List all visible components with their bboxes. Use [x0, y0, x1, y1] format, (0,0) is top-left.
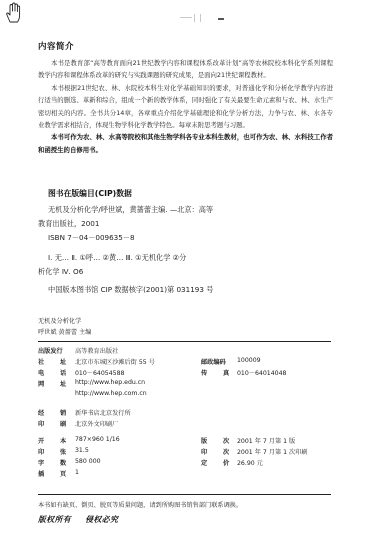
divider — [38, 341, 331, 342]
value: 010－64014048 — [237, 368, 287, 377]
label: 传 — [201, 368, 207, 377]
label: 销 — [60, 408, 66, 417]
colophon-row-printer: 印 刷 北京外文印刷厂 — [38, 419, 333, 429]
summary-paragraph: 本书可作为农、林、水高等院校和其他生物学科各专业本科生教材，也可作为农、林、水科… — [38, 131, 333, 156]
label: 印 — [38, 419, 44, 428]
value: 北京市东城区沙滩后街 55 号 — [75, 357, 155, 366]
colophon-row-address: 社 址 北京市东城区沙滩后街 55 号 邮政编码 100009 — [38, 357, 333, 367]
label: 张 — [60, 447, 66, 456]
colophon-row-phone: 电 话 010－64054588 传 真 010－64014048 — [38, 368, 333, 378]
summary-body: 本书是教育部“高等教育面向21世纪教学内容和课程体系改革计划”高等农林院校本科化… — [38, 57, 333, 156]
colophon-row-plates: 插 页 1 — [38, 469, 333, 479]
cip-block: 无机及分析化学/呼世斌，黄蔷蕾主编. —北京：高等 教育出版社，2001 ISB… — [38, 203, 258, 279]
quality-notice: 本书如有缺页、倒页、脱页等质量问题，请到所购图书销售部门联系调换。 — [38, 500, 242, 509]
label: 版 — [201, 436, 207, 445]
label: 网 — [38, 379, 44, 388]
cip-isbn: ISBN 7－04－009635－8 — [38, 231, 258, 245]
book-info: 无机及分析化学 呼世斌 黄蔷蕾 主编 — [38, 316, 91, 338]
label: 出版发行 — [38, 346, 63, 355]
label: 定 — [201, 458, 207, 467]
label: 刷 — [60, 419, 66, 428]
colophon-row-format: 开 本 787×960 1/16 版 次 2001 年 7 月第 1 版 — [38, 436, 333, 446]
hand-cursor-icon — [4, 2, 24, 24]
label: 插 — [38, 469, 44, 478]
label: 真 — [223, 368, 229, 377]
cip-line: 教育出版社，2001 — [38, 217, 258, 231]
colophon-row-publisher: 出版发行 高等教育出版社 — [38, 346, 333, 356]
scan-artifact — [180, 14, 230, 22]
colophon-row-distributor: 经 销 新华书店北京发行所 — [38, 408, 333, 418]
cip-classification: Ⅰ. 无… Ⅱ. ①呼… ②黄… Ⅲ. ①无机化学 ②分 — [38, 251, 258, 265]
value: 1 — [75, 469, 79, 476]
value: 100009 — [237, 357, 261, 364]
colophon-row-words: 字 数 580 000 定 价 26.90 元 — [38, 458, 333, 468]
label: 印 — [38, 447, 44, 456]
value: 31.5 — [75, 447, 89, 454]
cip-line: 无机及分析化学/呼世斌，黄蔷蕾主编. —北京：高等 — [38, 203, 258, 217]
cip-record-number: 中国版本图书馆 CIP 数据核字(2001)第 031193 号 — [48, 285, 213, 295]
label: 开 — [38, 436, 44, 445]
label: 次 — [223, 447, 229, 456]
label: 电 — [38, 368, 44, 377]
colophon-row-web2: http://www.hep.com.cn — [38, 390, 333, 400]
value: 高等教育出版社 — [75, 346, 118, 355]
summary-paragraph: 本书是教育部“高等教育面向21世纪教学内容和课程体系改革计划”高等农林院校本科化… — [38, 57, 333, 82]
label: 经 — [38, 408, 44, 417]
book-editors: 呼世斌 黄蔷蕾 主编 — [38, 327, 91, 338]
value: 787×960 1/16 — [75, 436, 120, 443]
label: 社 — [38, 357, 44, 366]
label: 址 — [60, 357, 66, 366]
summary-title: 内容简介 — [38, 40, 74, 52]
value: 2001 年 7 月第 1 次印刷 — [237, 447, 308, 456]
value: 26.90 元 — [237, 458, 263, 467]
value: 北京外文印刷厂 — [75, 419, 118, 428]
copyright-notice: 版权所有侵权必究 — [38, 514, 118, 525]
cip-title: 图书在版编目(CIP)数据 — [48, 188, 132, 199]
value: 010－64054588 — [75, 368, 125, 377]
label: 邮政编码 — [201, 357, 226, 366]
summary-paragraph: 本书根据21世纪农、林、水院校本科生对化学基础知识的要求，对普通化学和分析化学教… — [38, 82, 333, 132]
colophon-row-web: 网 址 http://www.hep.edu.cn — [38, 379, 333, 389]
divider — [38, 494, 331, 495]
colophon-row-sheets: 印 张 31.5 印 次 2001 年 7 月第 1 次印刷 — [38, 447, 333, 457]
website-link[interactable]: http://www.hep.edu.cn — [75, 379, 145, 386]
label: 次 — [223, 436, 229, 445]
label: 字 — [38, 458, 44, 467]
value: 新华书店北京发行所 — [75, 408, 131, 417]
rights-reserved: 版权所有 — [38, 515, 71, 524]
label: 印 — [201, 447, 207, 456]
value: 580 000 — [75, 458, 101, 465]
label: 数 — [60, 458, 66, 467]
book-title: 无机及分析化学 — [38, 316, 91, 327]
label: 址 — [60, 379, 66, 388]
infringement-warning: 侵权必究 — [85, 515, 118, 524]
label: 本 — [60, 436, 66, 445]
website-link[interactable]: http://www.hep.com.cn — [75, 390, 147, 397]
value: 2001 年 7 月第 1 版 — [237, 436, 295, 445]
cip-classification: 析化学 Ⅳ. O6 — [38, 265, 258, 279]
label: 价 — [223, 458, 229, 467]
label: 话 — [60, 368, 66, 377]
label: 页 — [60, 469, 66, 478]
